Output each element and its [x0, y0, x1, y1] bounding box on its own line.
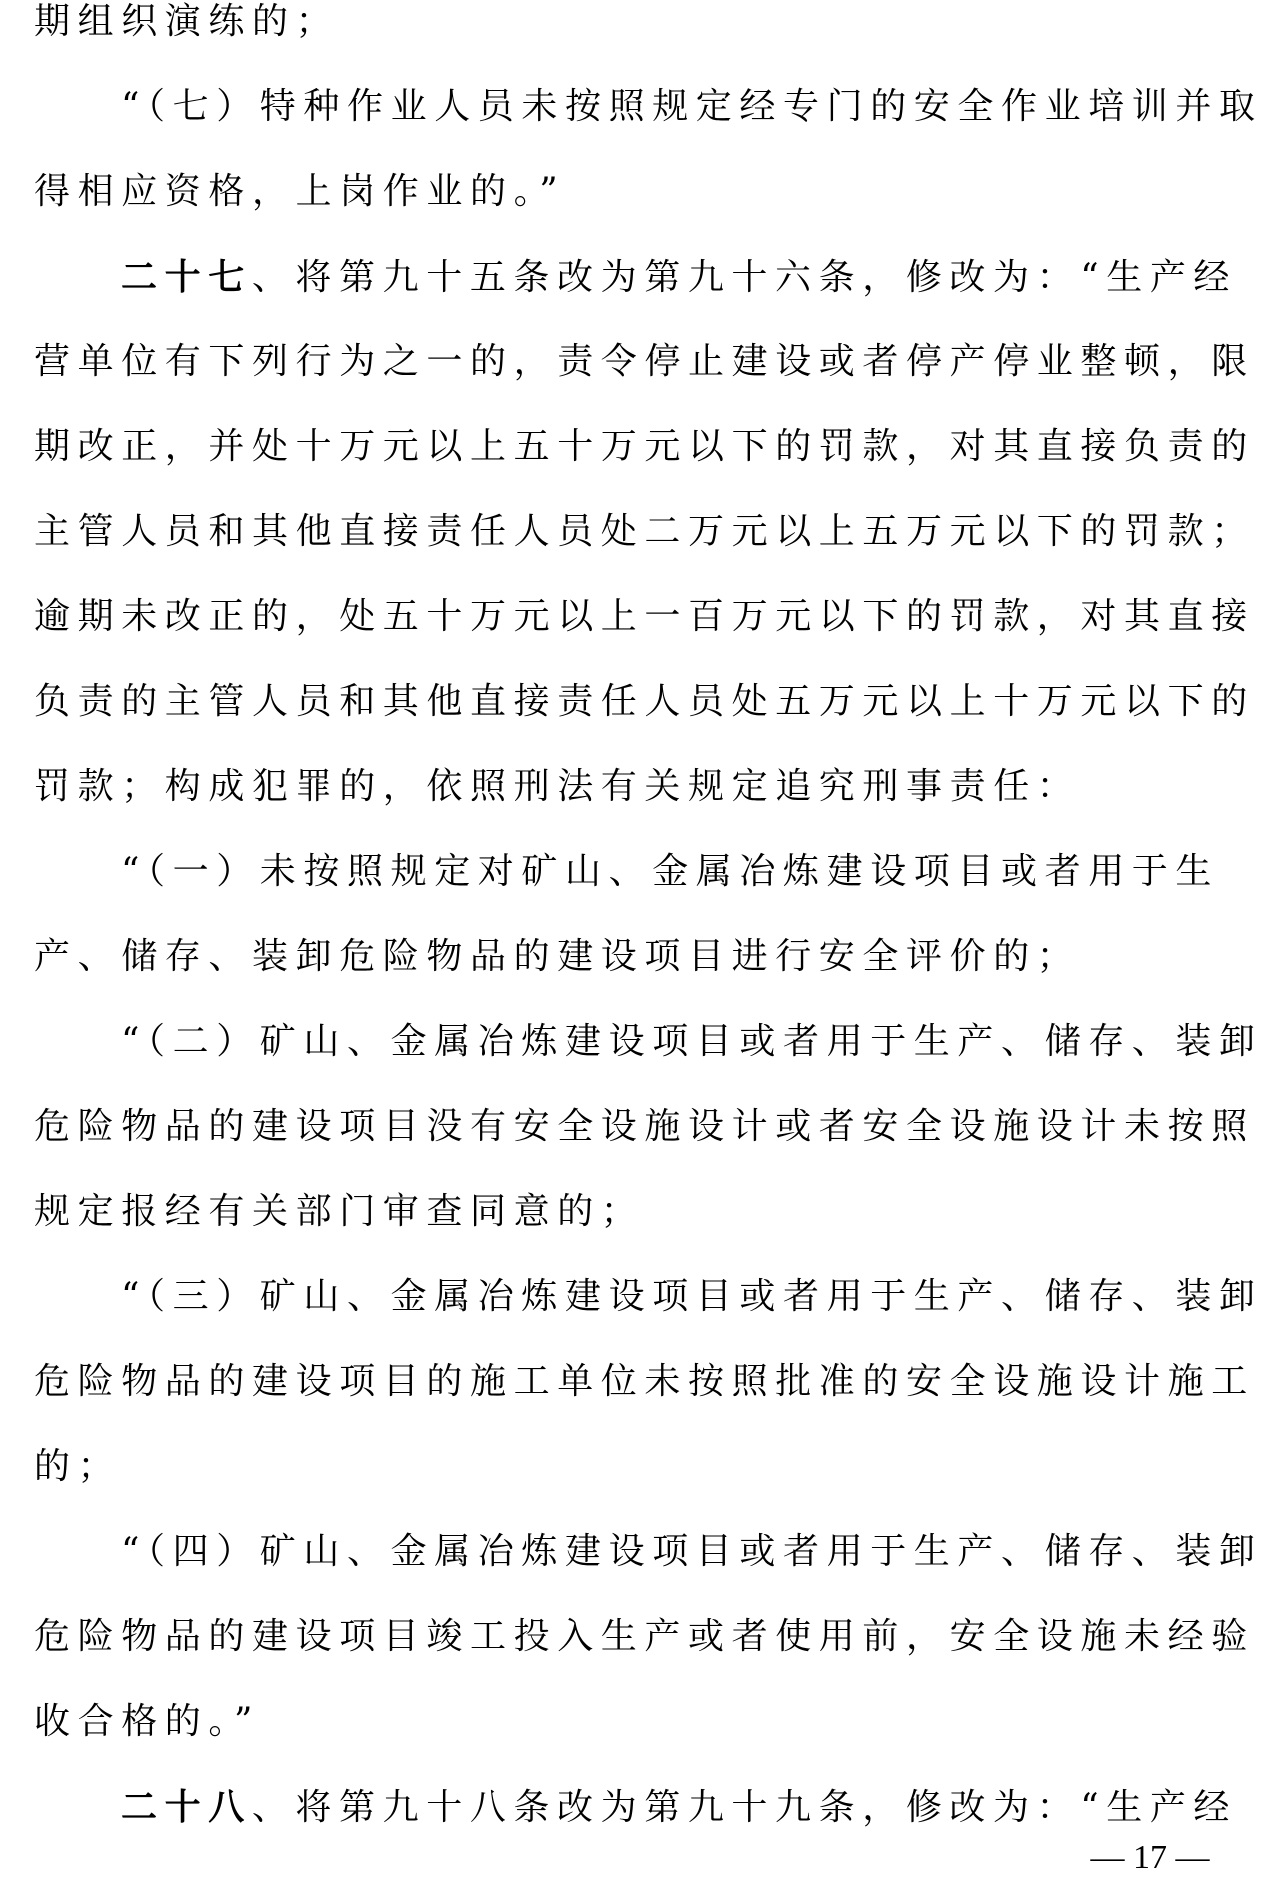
section-heading-line: 二十七、将第九十五条改为第九十六条，修改为：“生产经: [121, 247, 1278, 307]
text-line: 产、储存、装卸危险物品的建设项目进行安全评价的；: [34, 927, 1264, 987]
line-text: “（七）特种作业人员未按照规定经专门的安全作业培训并取: [121, 86, 1263, 127]
text-line: 逾期未改正的，处五十万元以上一百万元以下的罚款，对其直接: [34, 587, 1264, 647]
line-text: 产、储存、装卸危险物品的建设项目进行安全评价的；: [34, 936, 1080, 977]
line-text: 逾期未改正的，处五十万元以上一百万元以下的罚款，对其直接: [34, 596, 1255, 637]
text-line: “（三）矿山、金属冶炼建设项目或者用于生产、储存、装卸: [121, 1267, 1278, 1327]
text-line: 危险物品的建设项目的施工单位未按照批准的安全设施设计施工: [34, 1352, 1264, 1412]
line-text: 罚款；构成犯罪的，依照刑法有关规定追究刑事责任：: [34, 766, 1080, 807]
line-text: 期组织演练的；: [34, 1, 339, 42]
text-line: “（七）特种作业人员未按照规定经专门的安全作业培训并取: [121, 77, 1278, 137]
line-text: 、将第九十八条改为第九十九条，修改为：“生产经: [252, 1787, 1237, 1828]
text-line: 负责的主管人员和其他直接责任人员处五万元以上十万元以下的: [34, 672, 1264, 732]
text-line: 期组织演练的；: [34, 0, 1264, 52]
text-line: 的；: [34, 1437, 1264, 1497]
text-line: “（二）矿山、金属冶炼建设项目或者用于生产、储存、装卸: [121, 1012, 1278, 1072]
line-text: 营单位有下列行为之一的，责令停止建设或者停产停业整顿，限: [34, 341, 1255, 382]
line-text: 期改正，并处十万元以上五十万元以下的罚款，对其直接负责的: [34, 426, 1255, 467]
text-line: 营单位有下列行为之一的，责令停止建设或者停产停业整顿，限: [34, 332, 1264, 392]
text-line: 规定报经有关部门审查同意的；: [34, 1182, 1264, 1242]
section-number: 二十七: [121, 256, 252, 298]
line-text: 规定报经有关部门审查同意的；: [34, 1191, 644, 1232]
line-text: 主管人员和其他直接责任人员处二万元以上五万元以下的罚款；: [34, 511, 1255, 552]
section-heading-line: 二十八、将第九十八条改为第九十九条，修改为：“生产经: [121, 1777, 1278, 1837]
text-line: 主管人员和其他直接责任人员处二万元以上五万元以下的罚款；: [34, 502, 1264, 562]
line-text: “（三）矿山、金属冶炼建设项目或者用于生产、储存、装卸: [121, 1276, 1263, 1317]
line-text: 收合格的。”: [34, 1701, 260, 1742]
line-text: 、将第九十五条改为第九十六条，修改为：“生产经: [252, 257, 1237, 298]
text-line: 得相应资格，上岗作业的。”: [34, 162, 1264, 222]
text-line: “（四）矿山、金属冶炼建设项目或者用于生产、储存、装卸: [121, 1522, 1278, 1582]
line-text: 危险物品的建设项目的施工单位未按照批准的安全设施设计施工: [34, 1361, 1255, 1402]
text-line: 期改正，并处十万元以上五十万元以下的罚款，对其直接负责的: [34, 417, 1264, 477]
text-line: 罚款；构成犯罪的，依照刑法有关规定追究刑事责任：: [34, 757, 1264, 817]
line-text: 的；: [34, 1446, 121, 1487]
line-text: 危险物品的建设项目竣工投入生产或者使用前，安全设施未经验: [34, 1616, 1255, 1657]
line-text: “（一）未按照规定对矿山、金属冶炼建设项目或者用于生: [121, 851, 1219, 892]
section-number: 二十八: [121, 1786, 252, 1828]
text-line: 危险物品的建设项目没有安全设施设计或者安全设施设计未按照: [34, 1097, 1264, 1157]
line-text: 危险物品的建设项目没有安全设施设计或者安全设施设计未按照: [34, 1106, 1255, 1147]
text-line: 收合格的。”: [34, 1692, 1264, 1752]
line-text: “（四）矿山、金属冶炼建设项目或者用于生产、储存、装卸: [121, 1531, 1263, 1572]
document-page: 期组织演练的； “（七）特种作业人员未按照规定经专门的安全作业培训并取 得相应资…: [0, 0, 1278, 1889]
line-text: “（二）矿山、金属冶炼建设项目或者用于生产、储存、装卸: [121, 1021, 1263, 1062]
text-line: “（一）未按照规定对矿山、金属冶炼建设项目或者用于生: [121, 842, 1278, 902]
text-line: 危险物品的建设项目竣工投入生产或者使用前，安全设施未经验: [34, 1607, 1264, 1667]
line-text: 得相应资格，上岗作业的。”: [34, 171, 565, 212]
line-text: 负责的主管人员和其他直接责任人员处五万元以上十万元以下的: [34, 681, 1255, 722]
page-number: — 17 —: [1050, 1838, 1250, 1878]
